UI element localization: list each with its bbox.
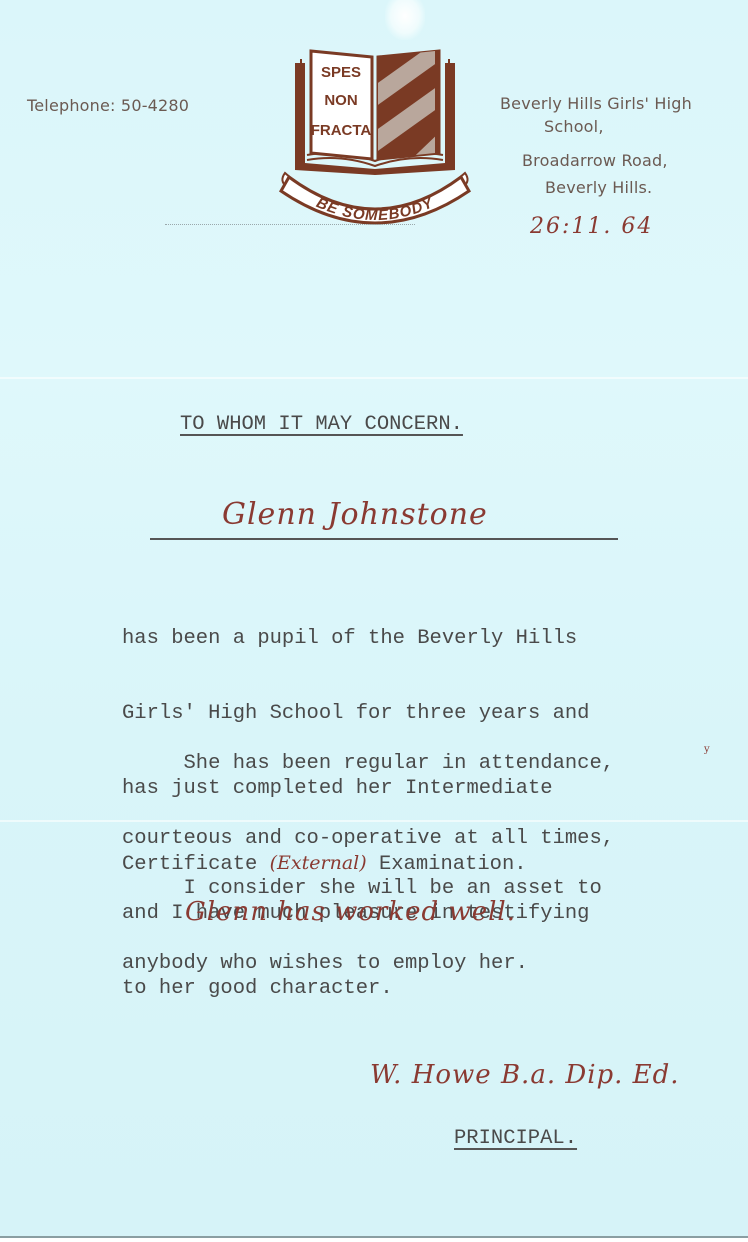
school-address-line-4: Beverly Hills. (545, 178, 652, 197)
letterhead-dotted-rule (165, 224, 415, 226)
svg-text:BE SOMEBODY: BE SOMEBODY (314, 194, 437, 224)
letter-date: 26:11. 64 (530, 214, 653, 239)
margin-mark: y (704, 744, 710, 755)
motto-line-1: SPES (321, 64, 361, 81)
motto-line-2: NON (324, 92, 357, 109)
fold-line (0, 377, 748, 379)
principal-signature: W. Howe B.a. Dip. Ed. (370, 1060, 680, 1090)
handwritten-note: Glenn has worked well. (185, 897, 516, 927)
paragraph-3-line: anybody who wishes to employ her. (122, 951, 602, 976)
school-address-line-2: School, (544, 117, 604, 136)
signatory-title: PRINCIPAL. (454, 1126, 577, 1151)
school-address-line-3: Broadarrow Road, (522, 151, 668, 170)
motto-line-3: FRACTA (311, 122, 372, 139)
crest-banner-text: BE SOMEBODY (314, 194, 437, 224)
letter-heading: TO WHOM IT MAY CONCERN. (180, 412, 463, 437)
telephone-number: Telephone: 50-4280 (27, 96, 189, 115)
paper-bottom-edge (0, 1236, 748, 1242)
student-name: Glenn Johnstone (222, 497, 488, 532)
school-crest-icon: SPES NON FRACTA BE SOMEBODY (275, 45, 475, 230)
paragraph-2-line: She has been regular in attendance, (122, 751, 614, 776)
name-underline (150, 538, 618, 540)
paragraph-1-line: has been a pupil of the Beverly Hills (122, 626, 589, 651)
school-address-line-1: Beverly Hills Girls' High (500, 94, 692, 113)
paper-tear (385, 0, 425, 40)
